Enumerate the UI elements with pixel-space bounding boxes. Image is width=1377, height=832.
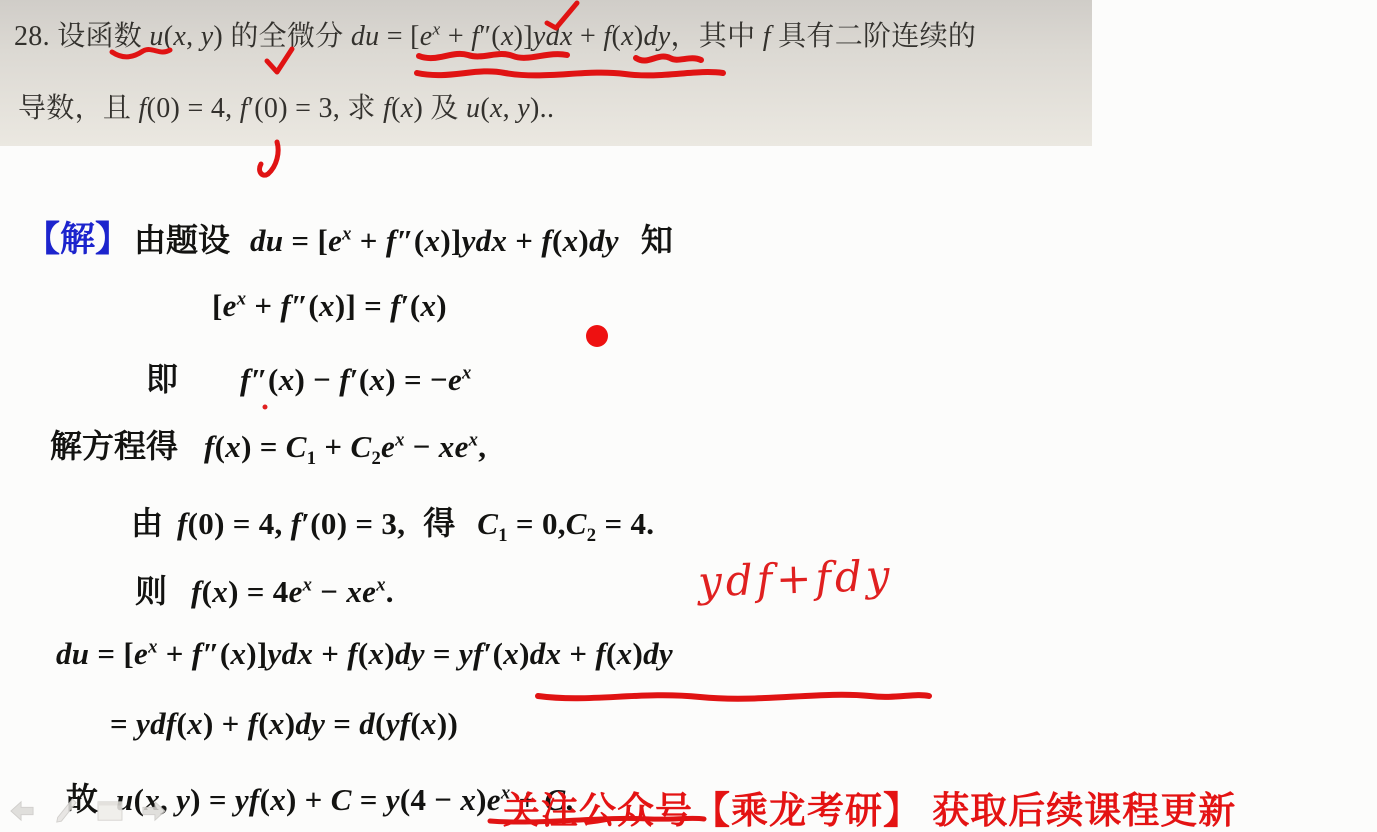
solution-l7-equation: du = [ex + f″(x)]ydx + f(x)dy = yf′(x)dx…	[56, 636, 673, 672]
solution-l5-equation1: f(0) = 4, f′(0) = 3,	[177, 506, 405, 542]
solution-l3-equation: f″(x) − f′(x) = −ex	[240, 362, 472, 398]
solution-l5-label1: 由	[131, 498, 163, 544]
solution-l4-label: 解方程得	[50, 421, 178, 467]
handwritten-annotation: ydf+fdy	[697, 551, 894, 607]
presentation-nav	[6, 796, 170, 826]
solution-line-2: [ex + f″(x)] = f′(x)	[212, 288, 447, 324]
solution-bracket-label: 【解】	[25, 212, 130, 262]
problem-statement-box: 28. 设函数 u(x, y) 的全微分 du = [ex + f″(x)]yd…	[0, 0, 1092, 146]
solution-l5-label2: 得	[423, 498, 455, 544]
solution-l5-equation2: C1 = 0,C2 = 4.	[477, 506, 654, 547]
lecture-slide: 28. 设函数 u(x, y) 的全微分 du = [ex + f″(x)]yd…	[0, 0, 1377, 832]
solution-l6-label: 则	[135, 566, 167, 612]
solution-line-4: 解方程得 f(x) = C1 + C2ex − xex,	[50, 421, 486, 470]
solution-line-6: 则 f(x) = 4ex − xex.	[135, 566, 394, 612]
forward-arrow-icon[interactable]	[138, 796, 170, 826]
solution-l1-equation: du = [ex + f″(x)]ydx + f(x)dy	[250, 223, 619, 259]
solution-l6-equation: f(x) = 4ex − xex.	[191, 574, 394, 610]
back-arrow-icon[interactable]	[6, 796, 38, 826]
underline-line7-result-mark	[538, 695, 929, 699]
pen-icon[interactable]	[50, 796, 82, 826]
solution-l2-equation: [ex + f″(x)] = f′(x)	[212, 288, 447, 324]
solution-l8-equation: = ydf(x) + f(x)dy = d(yf(x))	[110, 706, 458, 742]
slide-icon[interactable]	[94, 796, 126, 826]
solution-line-7: du = [ex + f″(x)]ydx + f(x)dy = yf′(x)dx…	[56, 636, 673, 672]
red-dot-mark	[586, 325, 608, 347]
solution-line-5: 由 f(0) = 4, f′(0) = 3, 得 C1 = 0,C2 = 4.	[131, 498, 654, 547]
problem-line-2: 导数，且 f(0) = 4, f′(0) = 3, 求 f(x) 及 u(x, …	[18, 86, 554, 126]
problem-line-1: 28. 设函数 u(x, y) 的全微分 du = [ex + f″(x)]yd…	[14, 14, 976, 54]
solution-l1-pre: 由题设	[134, 215, 230, 261]
red-speck-mark	[263, 405, 268, 410]
solution-line-8: = ydf(x) + f(x)dy = d(yf(x))	[110, 706, 458, 742]
j-check-mark	[260, 142, 279, 175]
solution-l4-equation: f(x) = C1 + C2ex − xex,	[204, 429, 486, 470]
solution-l1-post: 知	[641, 215, 673, 261]
solution-line-1: 【解】 由题设 du = [ex + f″(x)]ydx + f(x)dy 知	[25, 212, 673, 262]
promo-banner: 关注公众号【乘龙考研】 获取后续课程更新	[503, 780, 1236, 832]
solution-line-3: 即 f″(x) − f′(x) = −ex	[146, 354, 472, 400]
solution-l3-label: 即	[146, 354, 178, 400]
